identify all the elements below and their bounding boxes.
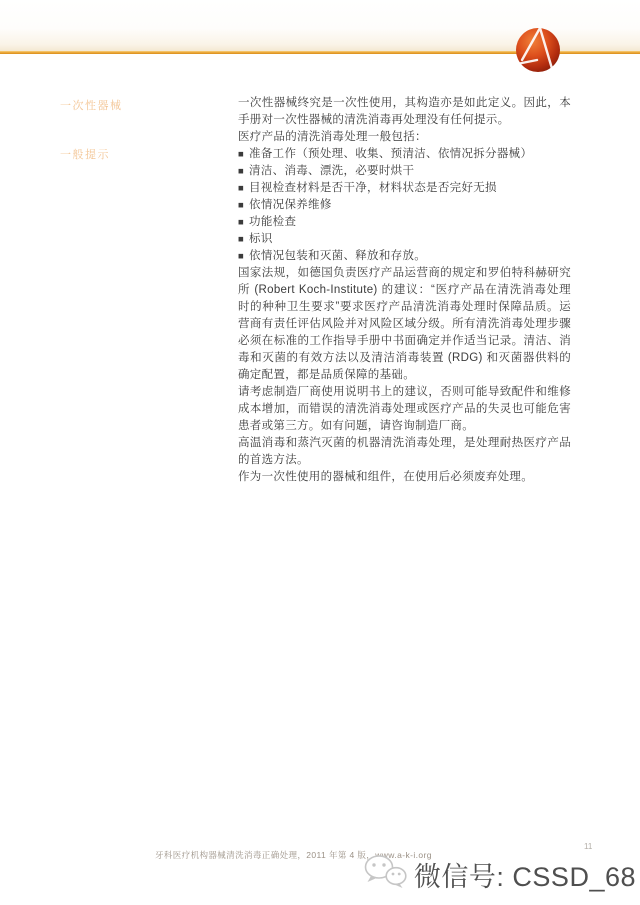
- list-item-text: 依情况保养维修: [249, 197, 332, 214]
- sidebar-heading-single-use-devices: 一次性器械: [60, 97, 123, 113]
- list-item: ■ 标识: [238, 231, 571, 248]
- bullet-square-icon: ■: [238, 197, 244, 214]
- paragraph-disposal: 作为一次性使用的器械和组件，在使用后必须废弃处理。: [238, 469, 571, 486]
- wechat-watermark: 微信号: CSSD_68: [363, 853, 636, 896]
- paragraph-thermal-disinfection: 高温消毒和蒸汽灭菌的机器清洗消毒处理，是处理耐热医疗产品的首选方法。: [238, 435, 571, 469]
- list-item: ■ 目视检查材料是否干净，材料状态是否完好无损: [238, 180, 571, 197]
- list-item: ■ 准备工作（预处理、收集、预清洁、依情况拆分器械）: [238, 146, 571, 163]
- aki-logo-icon: [514, 24, 564, 76]
- list-item-text: 准备工作（预处理、收集、预清洁、依情况拆分器械）: [249, 146, 532, 163]
- bullet-square-icon: ■: [238, 231, 244, 248]
- list-item-text: 依情况包装和灭菌、释放和存放。: [249, 248, 426, 265]
- bullet-square-icon: ■: [238, 146, 244, 163]
- paragraph-single-use: 一次性器械终究是一次性使用，其构造亦是如此定义。因此，本手册对一次性器械的清洗消…: [238, 95, 571, 129]
- paragraph-regulations: 国家法规，如德国负责医疗产品运营商的规定和罗伯特科赫研究所 (Robert Ko…: [238, 265, 571, 384]
- list-item: ■ 功能检查: [238, 214, 571, 231]
- wechat-id-label: 微信号: CSSD_68: [414, 855, 636, 894]
- bullet-square-icon: ■: [238, 248, 244, 265]
- paragraph-manufacturer-advice: 请考虑制造厂商使用说明书上的建议，否则可能导致配件和维修成本增加，而错误的清洗消…: [238, 384, 571, 435]
- bullet-square-icon: ■: [238, 163, 244, 180]
- bullet-square-icon: ■: [238, 214, 244, 231]
- list-item: ■ 依情况包装和灭菌、释放和存放。: [238, 248, 571, 265]
- page-number: 11: [584, 842, 592, 851]
- list-item-text: 目视检查材料是否干净，材料状态是否完好无损: [249, 180, 497, 197]
- wechat-icon: [363, 853, 409, 896]
- list-item: ■ 清洁、消毒、漂洗，必要时烘干: [238, 163, 571, 180]
- list-item-text: 标识: [249, 231, 273, 248]
- list-item-text: 功能检查: [249, 214, 296, 231]
- sidebar-heading-general-notes: 一般提示: [60, 146, 110, 162]
- document-body: 一次性器械终究是一次性使用，其构造亦是如此定义。因此，本手册对一次性器械的清洗消…: [238, 95, 571, 486]
- list-intro: 医疗产品的清洗消毒处理一般包括：: [238, 129, 571, 146]
- bullet-square-icon: ■: [238, 180, 244, 197]
- list-item-text: 清洁、消毒、漂洗，必要时烘干: [249, 163, 414, 180]
- reprocessing-steps-list: ■ 准备工作（预处理、收集、预清洁、依情况拆分器械） ■ 清洁、消毒、漂洗，必要…: [238, 146, 571, 265]
- list-item: ■ 依情况保养维修: [238, 197, 571, 214]
